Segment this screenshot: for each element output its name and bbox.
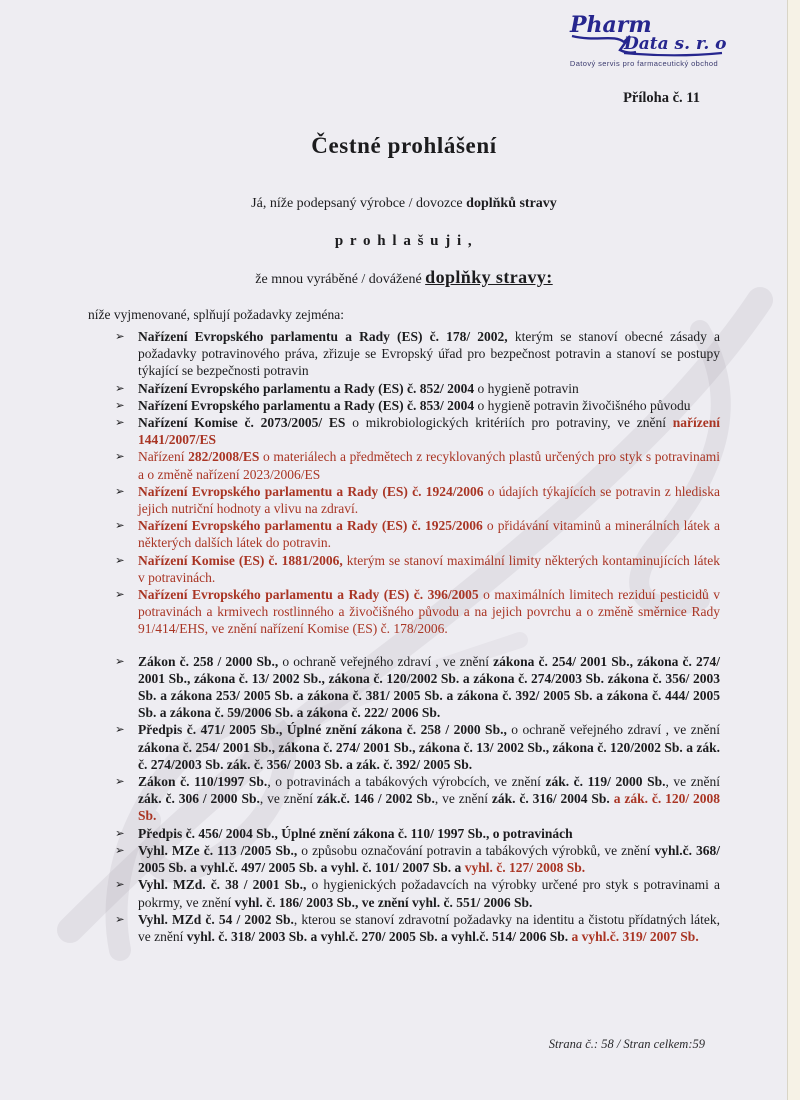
regulation-text-segment: Vyhl. MZd č. 54 / 2002 Sb. [138,912,294,927]
regulation-text-segment: Nařízení [138,449,188,464]
regulation-item-text: Nařízení Evropského parlamentu a Rady (E… [138,380,720,397]
regulation-item: ➢Zákon č. 258 / 2000 Sb., o ochraně veře… [88,653,720,722]
regulation-item: ➢Vyhl. MZe č. 113 /2005 Sb., o způsobu o… [88,842,720,876]
regulation-item-text: Nařízení 282/2008/ES o materiálech a pře… [138,448,720,482]
regulation-item: ➢Nařízení Evropského parlamentu a Rady (… [88,397,720,414]
regulation-text-segment: 282/2008/ES [188,449,259,464]
regulation-item-text: Nařízení Komise č. 2073/2005/ ES o mikro… [138,414,720,448]
regulation-text-segment: Předpis č. 471/ 2005 Sb., Úplné znění zá… [138,722,507,737]
intro-line-1-text: Já, níže podepsaný výrobce / dovozce [251,196,466,211]
regulation-text-segment: a vyhl.č. 319/ 2007 Sb. [572,929,699,944]
arrow-bullet-icon: ➢ [115,328,138,380]
regulation-text-segment: , ve znění [435,791,492,806]
regulation-text-segment: zák. č. 316/ 2004 Sb. [492,791,610,806]
regulation-item: ➢Nařízení Evropského parlamentu a Rady (… [88,586,720,638]
scanned-document-page: Pharm Data s. r. o. Datový servis pro fa… [0,0,800,1100]
regulation-text-segment: Nařízení Evropského parlamentu a Rady (E… [138,518,483,533]
regulation-item: ➢Nařízení Evropského parlamentu a Rady (… [88,517,720,551]
intro-line-2: že mnou vyráběné / dovážené doplňky stra… [88,267,720,288]
regulation-item: ➢Nařízení Komise (ES) č. 1881/2006, kter… [88,552,720,586]
regulation-text-segment: Předpis č. 456/ 2004 Sb., Úplné znění zá… [138,826,573,841]
regulation-item: ➢Nařízení 282/2008/ES o materiálech a př… [88,448,720,482]
arrow-bullet-icon: ➢ [115,842,138,876]
regulation-item-text: Předpis č. 471/ 2005 Sb., Úplné znění zá… [138,721,720,773]
regulation-item: ➢Vyhl. MZd č. 54 / 2002 Sb., kterou se s… [88,911,720,945]
regulation-text-segment: Vyhl. MZe č. 113 /2005 Sb., [138,843,297,858]
regulation-item-text: Nařízení Evropského parlamentu a Rady (E… [138,483,720,517]
document-title: Čestné prohlášení [88,133,720,159]
regulation-text-segment: zák. č. 306 / 2000 Sb. [138,791,260,806]
regulation-text-segment: Zákon č. 258 / 2000 Sb., [138,654,278,669]
regulation-item-text: Nařízení Evropského parlamentu a Rady (E… [138,586,720,638]
regulation-text-segment: o mikrobiologických kritériích pro potra… [345,415,672,430]
regulation-text-segment: zákona č. 254/ 2001 Sb., zákona č. 274/ … [138,740,720,772]
regulation-text-segment: zák. č. 119/ 2000 Sb. [545,774,665,789]
regulation-item: ➢Vyhl. MZd. č. 38 / 2001 Sb., o hygienic… [88,876,720,910]
regulation-item-text: Nařízení Evropského parlamentu a Rady (E… [138,517,720,551]
document-body: Čestné prohlášení Já, níže podepsaný výr… [88,0,720,945]
arrow-bullet-icon: ➢ [115,397,138,414]
regulation-item: ➢Předpis č. 471/ 2005 Sb., Úplné znění z… [88,721,720,773]
regulation-item: ➢Zákon č. 110/1997 Sb., o potravinách a … [88,773,720,825]
regulation-text-segment: , o potravinách a tabákových výrobcích, … [267,774,545,789]
arrow-bullet-icon: ➢ [115,825,138,842]
regulation-text-segment: o způsobu označování potravin a tabákový… [297,843,654,858]
regulation-item: ➢Nařízení Evropského parlamentu a Rady (… [88,380,720,397]
intro-line-1: Já, níže podepsaný výrobce / dovozce dop… [88,196,720,212]
regulation-item-text: Předpis č. 456/ 2004 Sb., Úplné znění zá… [138,825,720,842]
arrow-bullet-icon: ➢ [115,380,138,397]
regulation-text-segment: Nařízení Komise (ES) č. 1881/2006, [138,553,343,568]
regulation-text-segment: Zákon č. 110/1997 Sb. [138,774,267,789]
regulation-text-segment: Nařízení Komise č. 2073/2005/ ES [138,415,345,430]
regulation-item-text: Zákon č. 258 / 2000 Sb., o ochraně veřej… [138,653,720,722]
regulation-item: ➢Nařízení Evropského parlamentu a Rady (… [88,483,720,517]
regulation-item: ➢Nařízení Komise č. 2073/2005/ ES o mikr… [88,414,720,448]
arrow-bullet-icon: ➢ [115,552,138,586]
arrow-bullet-icon: ➢ [115,911,138,945]
regulation-text-segment: o ochraně veřejného zdraví , ve znění [278,654,493,669]
regulation-item-text: Vyhl. MZe č. 113 /2005 Sb., o způsobu oz… [138,842,720,876]
arrow-bullet-icon: ➢ [115,448,138,482]
regulation-text-segment: vyhl. č. 318/ 2003 Sb. a vyhl.č. 270/ 20… [187,929,572,944]
arrow-bullet-icon: ➢ [115,653,138,722]
regulation-text-segment: Nařízení Evropského parlamentu a Rady (E… [138,587,479,602]
arrow-bullet-icon: ➢ [115,483,138,517]
regulation-item-text: Vyhl. MZd č. 54 / 2002 Sb., kterou se st… [138,911,720,945]
page-number-footer: Strana č.: 58 / Stran celkem:59 [549,1037,705,1052]
declaration-word: p r o h l a š u j i , [88,233,720,250]
regulation-item-text: Nařízení Komise (ES) č. 1881/2006, který… [138,552,720,586]
regulation-item-text: Zákon č. 110/1997 Sb., o potravinách a t… [138,773,720,825]
regulation-item-text: Nařízení Evropského parlamentu a Rady (E… [138,397,720,414]
regulation-item-text: Vyhl. MZd. č. 38 / 2001 Sb., o hygienick… [138,876,720,910]
regulation-text-segment: Vyhl. MZd. č. 38 / 2001 Sb., [138,877,306,892]
arrow-bullet-icon: ➢ [115,876,138,910]
page-scan-edge [787,0,800,1100]
regulation-item: ➢Předpis č. 456/ 2004 Sb., Úplné znění z… [88,825,720,842]
arrow-bullet-icon: ➢ [115,721,138,773]
regulation-text-segment: Nařízení Evropského parlamentu a Rady (E… [138,484,483,499]
arrow-bullet-icon: ➢ [115,773,138,825]
regulation-text-segment: , ve znění [665,774,720,789]
regulation-text-segment: o ochraně veřejného zdraví , ve znění [507,722,720,737]
arrow-bullet-icon: ➢ [115,414,138,448]
regulation-list: ➢Nařízení Evropského parlamentu a Rady (… [88,328,720,945]
arrow-bullet-icon: ➢ [115,517,138,551]
regulation-text-segment: Nařízení Evropského parlamentu a Rady (E… [138,381,474,396]
regulation-text-segment: , ve znění [260,791,317,806]
regulation-text-segment: Nařízení Evropského parlamentu a Rady (E… [138,329,508,344]
regulation-text-segment: zák.č. 146 / 2002 Sb. [317,791,435,806]
regulation-item: ➢Nařízení Evropského parlamentu a Rady (… [88,328,720,380]
regulation-text-segment: o hygieně potravin [474,381,579,396]
regulation-text-segment: vyhl. č. 186/ 2003 Sb., ve znění vyhl. č… [235,895,533,910]
regulation-text-segment: Nařízení Evropského parlamentu a Rady (E… [138,398,474,413]
intro-line-2-text: že mnou vyráběné / dovážené [255,272,425,287]
regulation-text-segment: vyhl. č. 127/ 2008 Sb. [465,860,585,875]
regulation-text-segment: o hygieně potravin živočišného původu [474,398,690,413]
regulation-item-text: Nařízení Evropského parlamentu a Rady (E… [138,328,720,380]
intro-line-2-bold: doplňky stravy: [425,267,553,287]
intro-line-1-bold: doplňků stravy [466,196,557,211]
list-intro: níže vyjmenované, splňují požadavky zejm… [88,307,720,323]
arrow-bullet-icon: ➢ [115,586,138,638]
